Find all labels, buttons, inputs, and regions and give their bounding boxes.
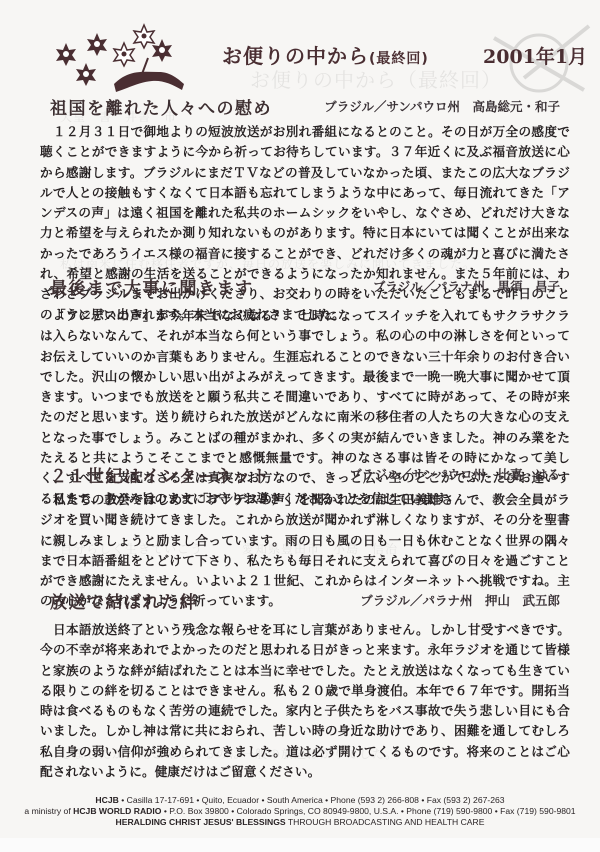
section-byline: ブラジル／サンパウロ州 比嘉 はる — [349, 465, 560, 483]
footer-prefix: a ministry of — [24, 806, 73, 816]
section-header: ２１世紀はインターネット ブラジル／サンパウロ州 比嘉 はる — [50, 462, 560, 484]
section-byline: ブラジル／パラナ州 黒須 昌子 — [373, 277, 560, 295]
section-byline: ブラジル／パラナ州 押山 武五郎 — [360, 591, 560, 609]
section-heading: 放送で結ばれた絆 — [50, 588, 198, 613]
title-suffix: (最終回) — [369, 51, 429, 67]
footer-tagline-bold: HERALDING CHRIST JESUS' BLESSINGS — [116, 817, 286, 827]
cherry-blossom-branch-icon — [44, 14, 189, 94]
section-body: 日本語放送終了という残念な報らせを耳にし言葉がありません。しかし甘受すべきです。… — [40, 620, 570, 782]
section-header: 最後まで大事に聞きます ブラジル／パラナ州 黒須 昌子 — [50, 274, 560, 296]
footer-line-quito: HCJB • Casilla 17-17-691 • Quito, Ecuado… — [0, 795, 600, 806]
footer-address: • P.O. Box 39800 • Colorado Springs, CO … — [161, 806, 575, 816]
title-text: お便りの中から — [222, 44, 369, 68]
section-header: 放送で結ばれた絆 ブラジル／パラナ州 押山 武五郎 — [50, 588, 560, 610]
footer-line-colorado: a ministry of HCJB WORLD RADIO • P.O. Bo… — [0, 806, 600, 817]
section-heading: ２１世紀はインターネット — [50, 462, 270, 487]
section-byline: ブラジル／サンパウロ州 高島総元・和子 — [324, 97, 560, 115]
newsletter-title: お便りの中から(最終回) — [222, 40, 429, 69]
section-header: 祖国を離れた人々への慰め ブラジル／サンパウロ州 高島総元・和子 — [50, 94, 560, 116]
issue-date: 2001年1月 — [483, 42, 587, 69]
section-heading: 祖国を離れた人々への慰め — [50, 94, 272, 119]
footer-contact: HCJB • Casilla 17-17-691 • Quito, Ecuado… — [0, 795, 600, 829]
footer-tagline-rest: THROUGH BROADCASTING AND HEALTH CARE — [286, 817, 485, 827]
page-edge — [0, 838, 600, 852]
footer-address: • Casilla 17-17-691 • Quito, Ecuador • S… — [119, 795, 505, 805]
section-heading: 最後まで大事に聞きます — [50, 274, 254, 299]
footer-org: HCJB WORLD RADIO — [73, 806, 161, 816]
footer-tagline: HERALDING CHRIST JESUS' BLESSINGS THROUG… — [0, 817, 600, 828]
footer-org: HCJB — [95, 795, 118, 805]
